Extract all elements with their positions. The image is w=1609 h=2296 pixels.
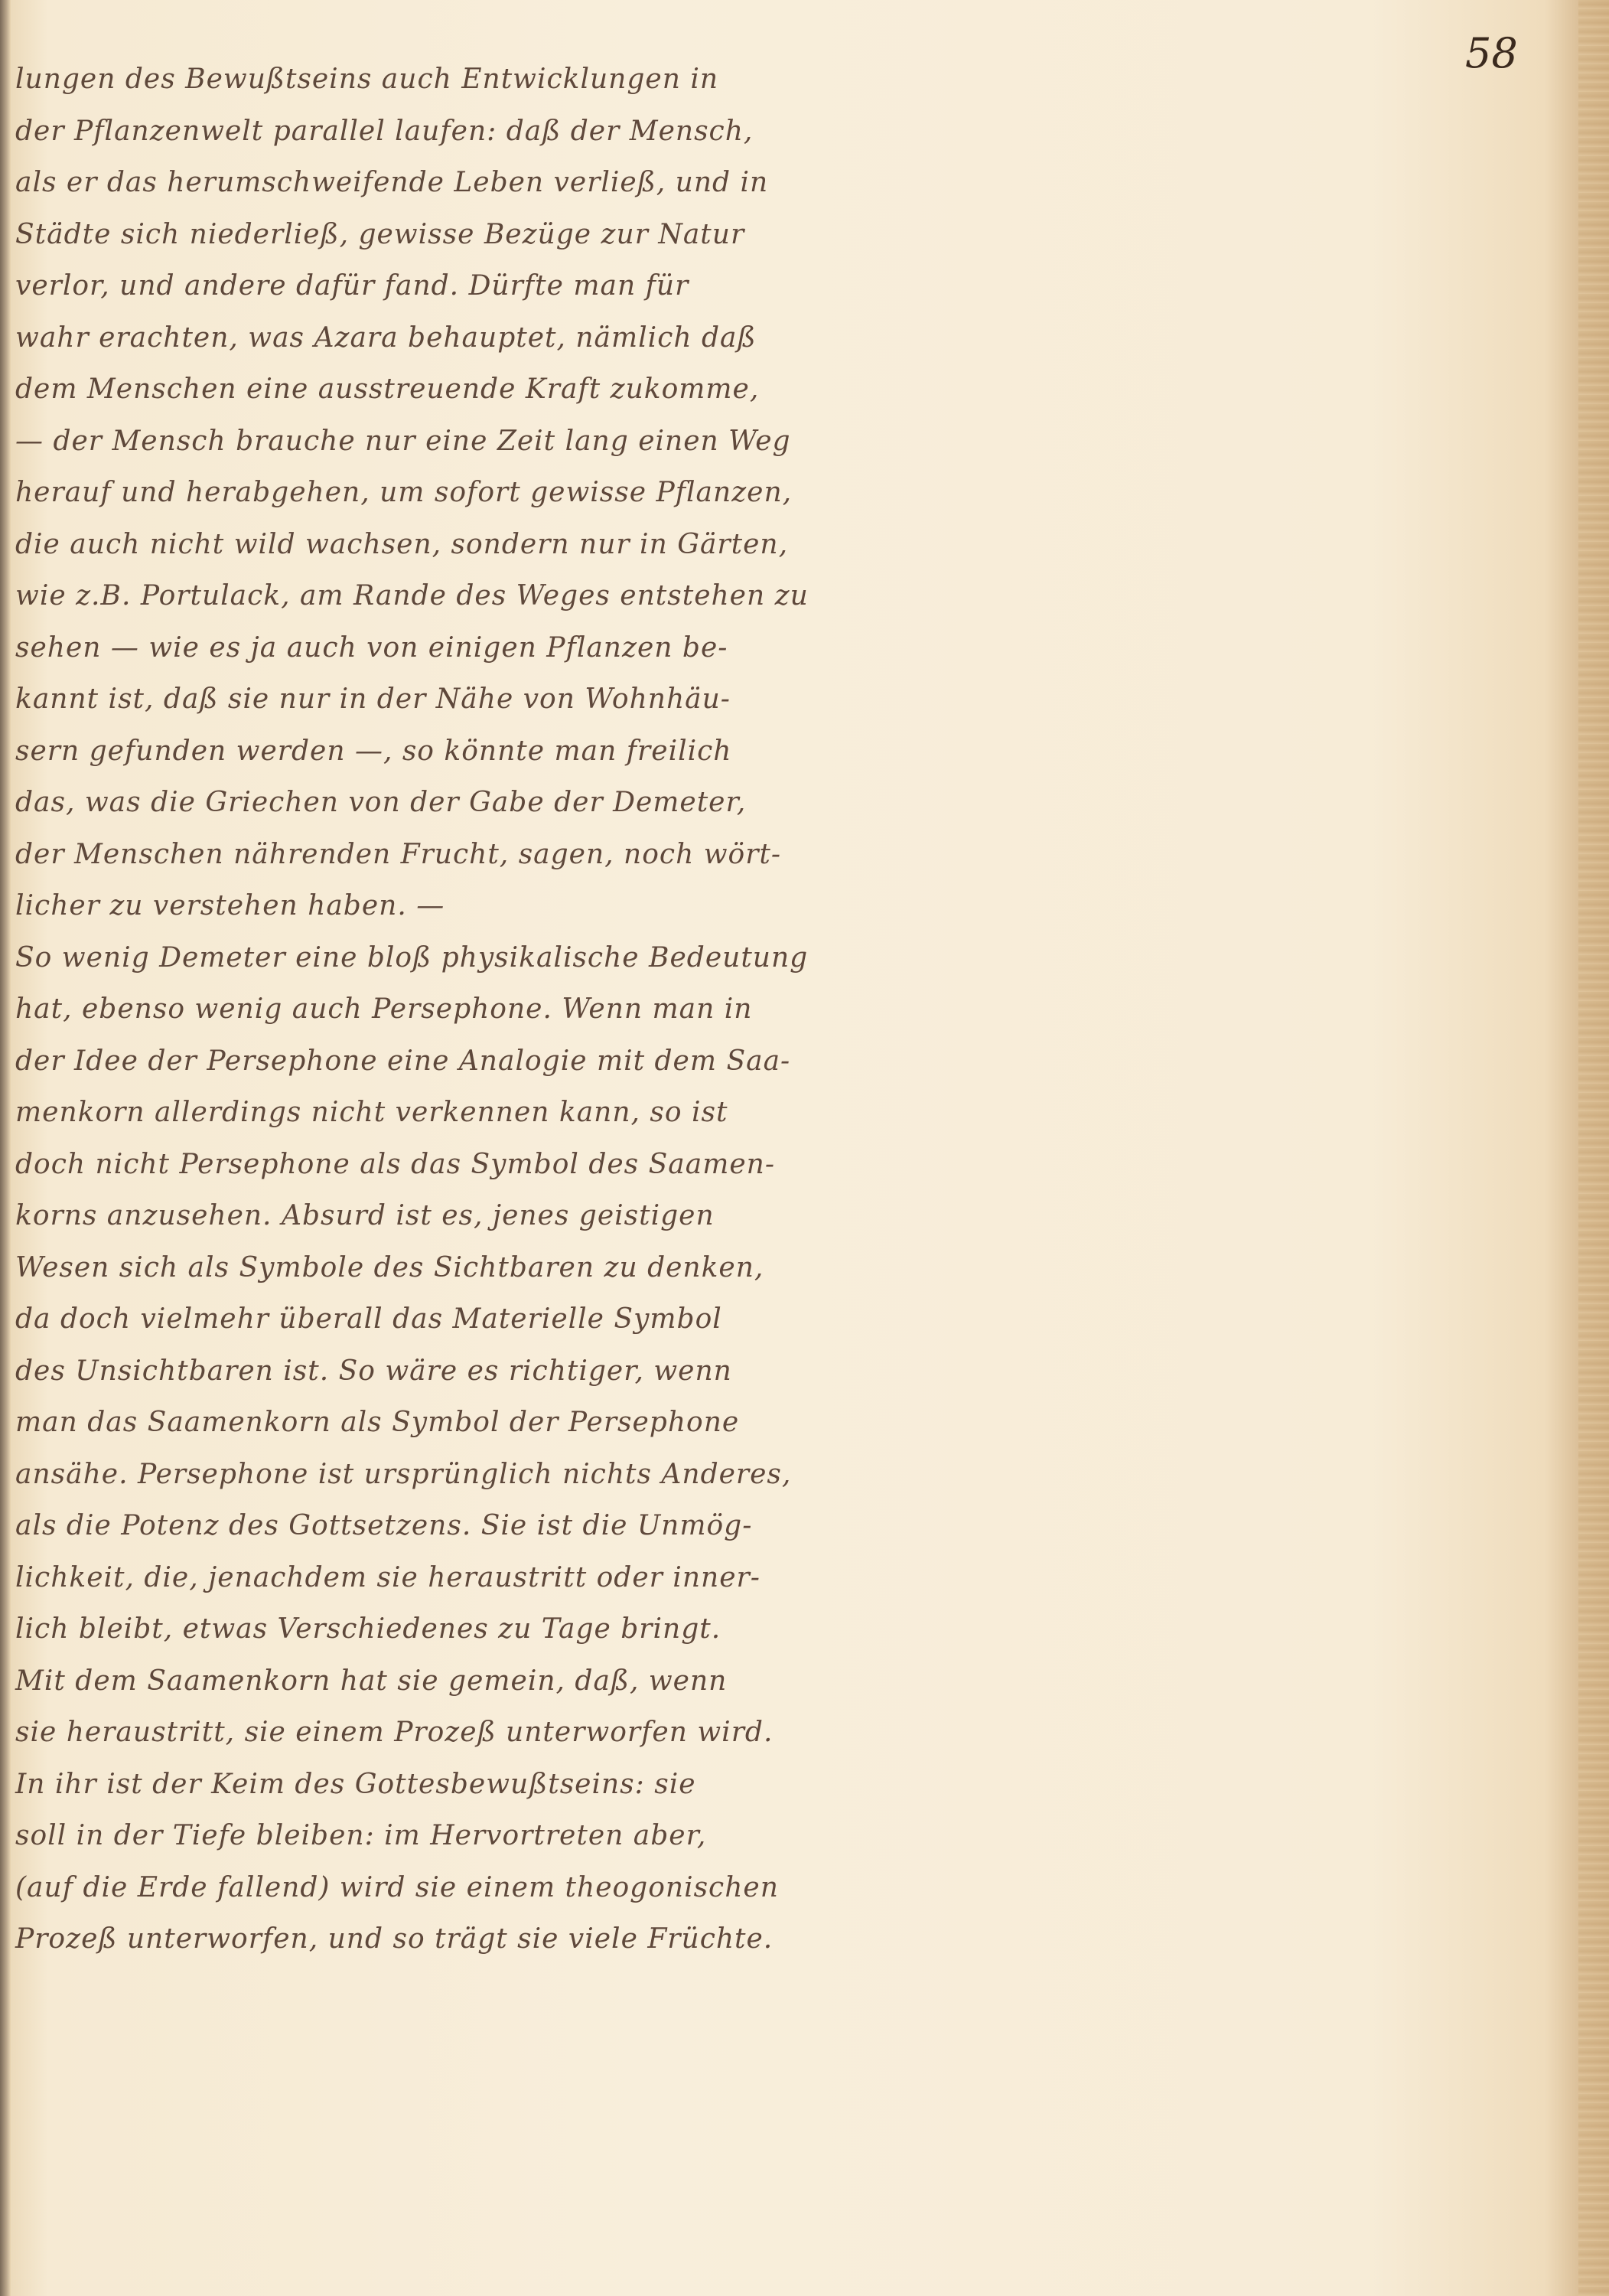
page-right-edge xyxy=(1578,0,1609,2296)
manuscript-line: der Idee der Persephone eine Analogie mi… xyxy=(15,1035,1515,1088)
manuscript-line: lichkeit, die, jenachdem sie heraustritt… xyxy=(15,1552,1515,1604)
manuscript-line: dem Menschen eine ausstreuende Kraft zuk… xyxy=(15,364,1515,416)
manuscript-line: da doch vielmehr überall das Materielle … xyxy=(15,1293,1515,1345)
manuscript-line: der Pflanzenwelt parallel laufen: daß de… xyxy=(15,106,1515,158)
page-binding-edge xyxy=(0,0,11,2296)
manuscript-line: als die Potenz des Gottsetzens. Sie ist … xyxy=(15,1500,1515,1552)
manuscript-line: sehen — wie es ja auch von einigen Pflan… xyxy=(15,622,1515,674)
manuscript-line: wahr erachten, was Azara behauptet, näml… xyxy=(15,312,1515,364)
manuscript-line: (auf die Erde fallend) wird sie einem th… xyxy=(15,1862,1515,1914)
manuscript-line: herauf und herabgehen, um sofort gewisse… xyxy=(15,467,1515,519)
manuscript-line: des Unsichtbaren ist. So wäre es richtig… xyxy=(15,1345,1515,1397)
manuscript-line: soll in der Tiefe bleiben: im Hervortret… xyxy=(15,1810,1515,1862)
manuscript-line: die auch nicht wild wachsen, sondern nur… xyxy=(15,519,1515,571)
manuscript-line: menkorn allerdings nicht verkennen kann,… xyxy=(15,1087,1515,1139)
manuscript-line: lungen des Bewußtseins auch Entwicklunge… xyxy=(15,54,1515,106)
manuscript-line: korns anzusehen. Absurd ist es, jenes ge… xyxy=(15,1190,1515,1242)
manuscript-line: der Menschen nährenden Frucht, sagen, no… xyxy=(15,829,1515,881)
manuscript-line: wie z.B. Portulack, am Rande des Weges e… xyxy=(15,570,1515,622)
manuscript-line: sern gefunden werden —, so könnte man fr… xyxy=(15,726,1515,778)
manuscript-line: — der Mensch brauche nur eine Zeit lang … xyxy=(15,416,1515,468)
manuscript-line: verlor, und andere dafür fand. Dürfte ma… xyxy=(15,260,1515,312)
manuscript-line: hat, ebenso wenig auch Persephone. Wenn … xyxy=(15,983,1515,1035)
manuscript-line: Prozeß unterworfen, und so trägt sie vie… xyxy=(15,1913,1515,1965)
manuscript-line: Städte sich niederließ, gewisse Bezüge z… xyxy=(15,209,1515,261)
manuscript-line: So wenig Demeter eine bloß physikalische… xyxy=(15,932,1515,984)
manuscript-text: lungen des Bewußtseins auch Entwicklunge… xyxy=(15,54,1515,1965)
manuscript-line: ansähe. Persephone ist ursprünglich nich… xyxy=(15,1449,1515,1501)
manuscript-line: das, was die Griechen von der Gabe der D… xyxy=(15,777,1515,829)
manuscript-line: In ihr ist der Keim des Gottesbewußtsein… xyxy=(15,1759,1515,1811)
manuscript-line: kannt ist, daß sie nur in der Nähe von W… xyxy=(15,673,1515,726)
manuscript-line: licher zu verstehen haben. — xyxy=(15,880,1515,932)
manuscript-line: als er das herumschweifende Leben verlie… xyxy=(15,157,1515,209)
manuscript-line: sie heraustritt, sie einem Prozeß unterw… xyxy=(15,1707,1515,1759)
manuscript-line: lich bleibt, etwas Verschiedenes zu Tage… xyxy=(15,1603,1515,1655)
manuscript-line: man das Saamenkorn als Symbol der Persep… xyxy=(15,1397,1515,1449)
manuscript-line: Mit dem Saamenkorn hat sie gemein, daß, … xyxy=(15,1655,1515,1707)
manuscript-line: Wesen sich als Symbole des Sichtbaren zu… xyxy=(15,1242,1515,1294)
manuscript-line: doch nicht Persephone als das Symbol des… xyxy=(15,1139,1515,1191)
